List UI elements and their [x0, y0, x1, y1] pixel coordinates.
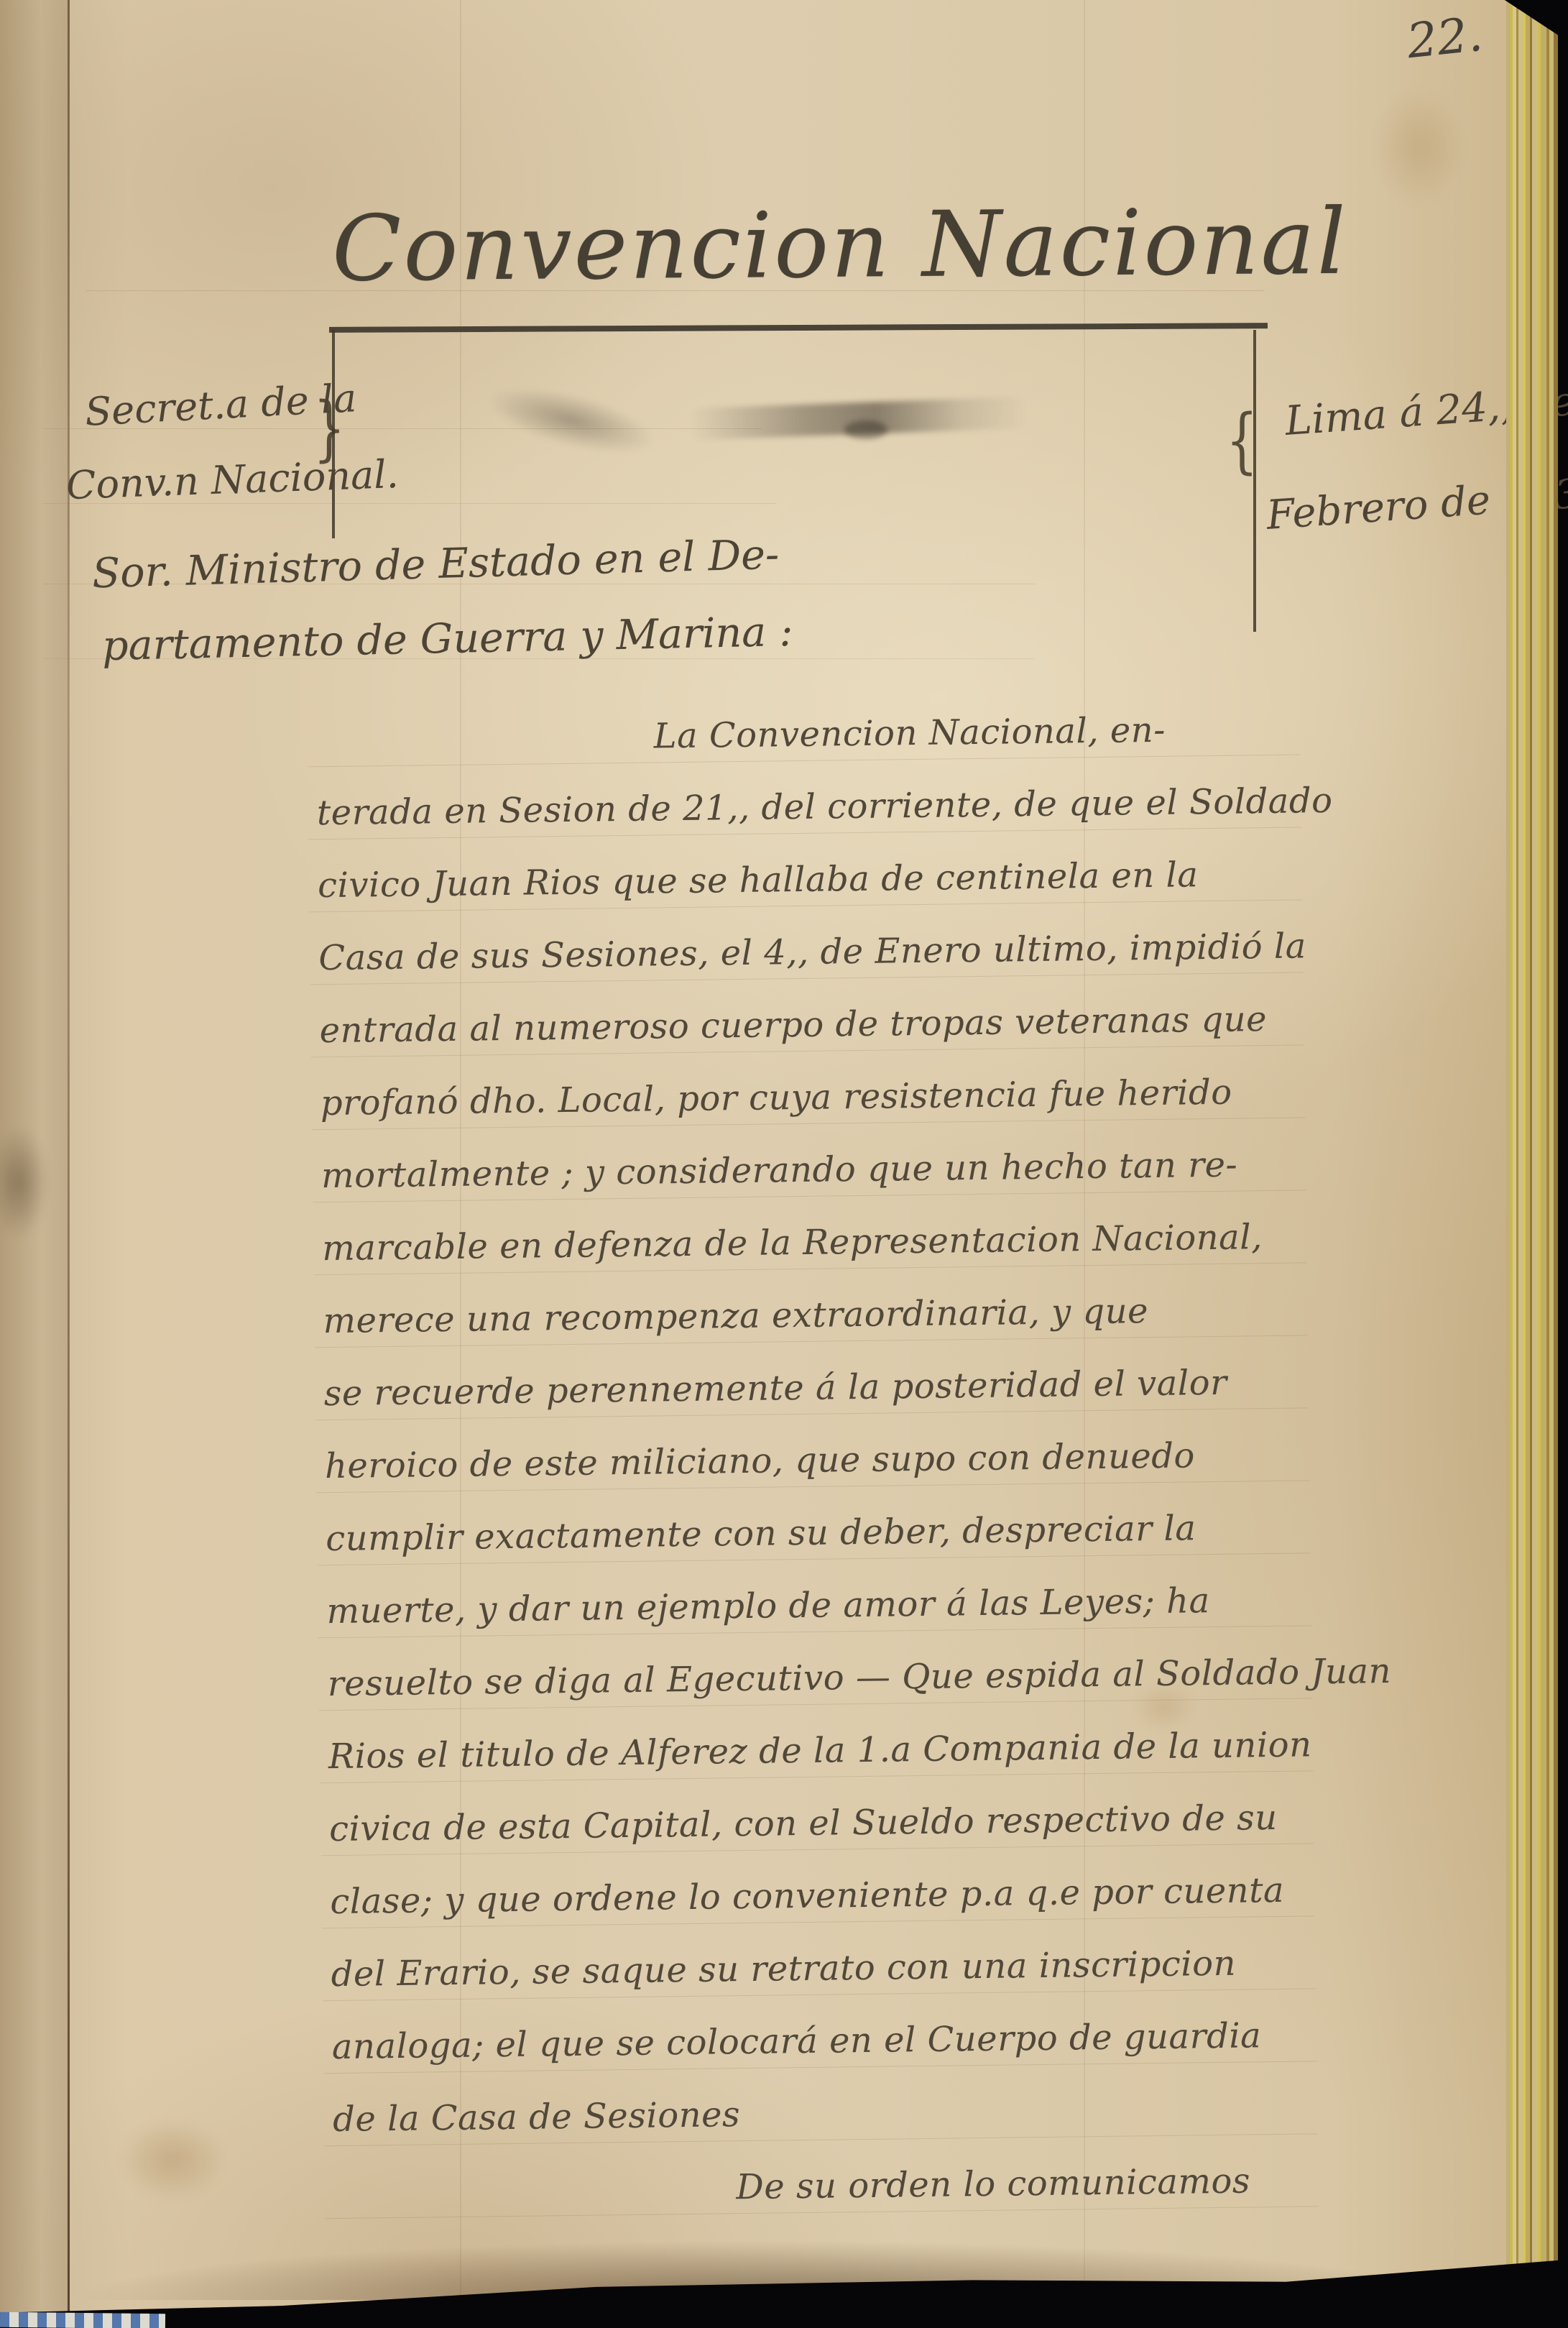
- body-line: civico Juan Rios que se hallaba de centi…: [318, 838, 1274, 922]
- addressee-line-2: partamento de Guerra y Marina :: [101, 608, 793, 670]
- body-line: mortalmente ; y considerando que un hech…: [320, 1128, 1277, 1213]
- margin-note-line-2: Conv.n Nacional.: [65, 451, 400, 508]
- scanned-manuscript: { "page": { "page_number": "22.", "title…: [0, 0, 1568, 2328]
- body-line: del Erario, se saque su retrato con una …: [331, 1927, 1287, 2011]
- body-line: marcable en defenza de la Representacion…: [322, 1201, 1278, 1285]
- body-line: clase; y que ordene lo conveniente p.a q…: [330, 1854, 1286, 1938]
- addressee-line-1: Sor. Ministro de Estado en el De-: [91, 531, 780, 598]
- document-title: Convencion Nacional: [332, 189, 1274, 301]
- body-line: Rios el titulo de Alferez de la 1.a Comp…: [328, 1709, 1284, 1793]
- body-line: se recuerde perennemente á la posteridad…: [323, 1346, 1280, 1430]
- body-line: de la Casa de Sesiones: [333, 2072, 1289, 2156]
- body-line: analoga; el que se colocará en el Cuerpo…: [331, 2000, 1288, 2084]
- manuscript-page: 22. Convencion Nacional } { Secret.a de …: [0, 0, 1515, 2328]
- body-line: merece una recompenza extraordinaria, y …: [323, 1274, 1279, 1358]
- body-line: entrada al numeroso cuerpo de tropas vet…: [319, 983, 1276, 1067]
- paper-stain: [101, 2106, 244, 2214]
- ink-smudge: [448, 357, 695, 484]
- body-line: Casa de sus Sesiones, el 4,, de Enero ul…: [318, 911, 1275, 995]
- endband: [0, 2312, 165, 2328]
- body-line: civica de esta Capital, con el Sueldo re…: [329, 1782, 1286, 1866]
- title-underline: [329, 323, 1268, 333]
- paper-stain: [1358, 68, 1480, 226]
- letter-body: La Convencion Nacional, en-terada en Ses…: [315, 693, 1290, 2229]
- body-line: terada en Sesion de 21,, del corriente, …: [316, 765, 1273, 850]
- body-line: muerte, y dar un ejemplo de amor á las L…: [326, 1564, 1283, 1648]
- body-line: De su orden lo comunicamos: [333, 2145, 1290, 2229]
- page-edge-stack: [1506, 0, 1558, 2328]
- gutter-fold-line: [68, 0, 70, 2328]
- dateline-brace-icon: {: [1226, 400, 1258, 482]
- body-line: La Convencion Nacional, en-: [315, 693, 1272, 777]
- body-line: profanó dho. Local, por cuya resistencia…: [320, 1056, 1276, 1140]
- body-line: cumplir exactamente con su deber, despre…: [326, 1491, 1282, 1575]
- ink-smudge: [844, 420, 887, 439]
- body-line: heroico de este miliciano, que supo con …: [324, 1419, 1281, 1503]
- paper-stain: [0, 1107, 59, 1258]
- page-number: 22.: [1404, 6, 1485, 70]
- body-line: resuelto se diga al Egecutivo — Que espi…: [327, 1637, 1283, 1721]
